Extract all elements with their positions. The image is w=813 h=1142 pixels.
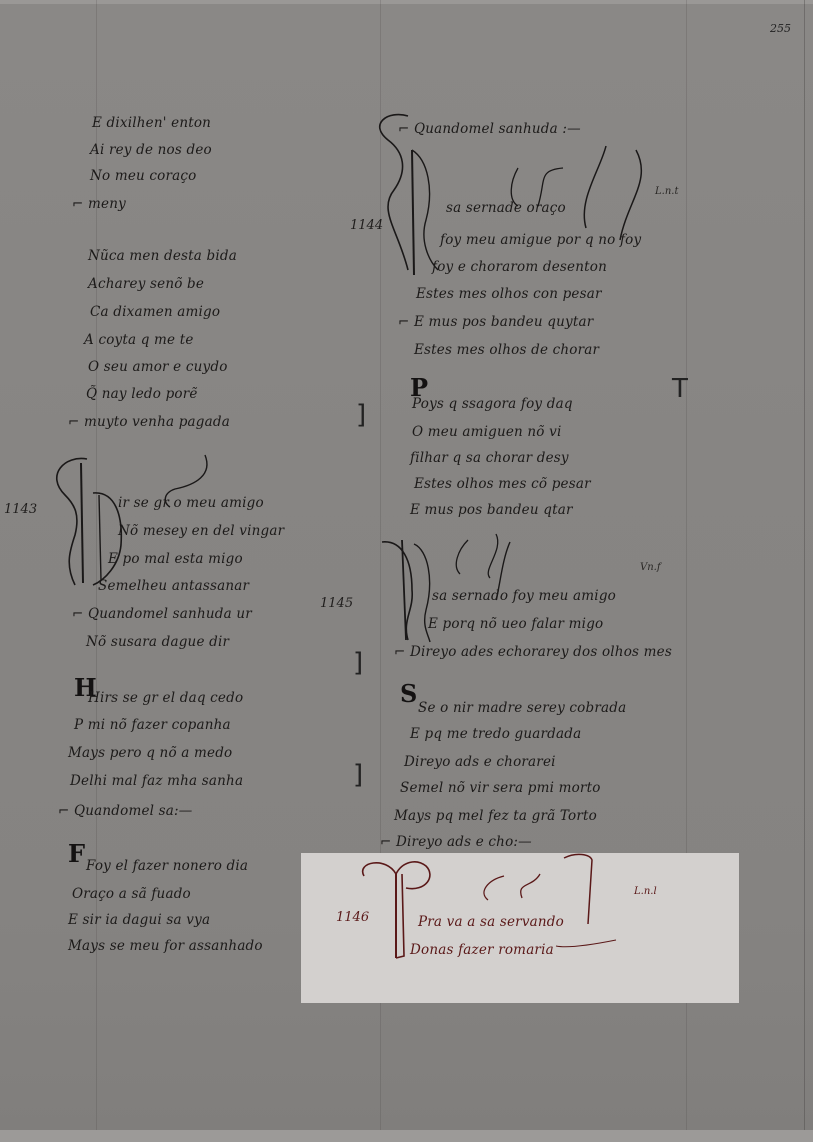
- bracket-mark: ]: [356, 402, 366, 428]
- verse-line: A coyta q me te: [84, 332, 194, 348]
- verse-line: Estes olhos mes cõ pesar: [414, 476, 591, 492]
- verse-line: Pra va a sa servando: [418, 914, 564, 930]
- verse-line: Mays pero q nõ a medo: [68, 745, 232, 761]
- verse-line: No meu coraço: [90, 168, 197, 184]
- verse-line: E porq nõ ueo falar migo: [428, 616, 603, 632]
- verse-line: Mays pq mel fez ta grã Torto: [394, 808, 597, 824]
- verse-line: foy meu amigue por q no foy: [440, 232, 641, 248]
- verse-line: Semelheu antassanar: [98, 578, 249, 594]
- verse-line: E dixilhen' enton: [92, 115, 211, 131]
- poem-number: 1143: [4, 502, 37, 517]
- verse-line: E pq me tredo guardada: [410, 726, 581, 742]
- verse-line: filhar q sa chorar desy: [410, 450, 569, 466]
- margin-note: L.n.t: [655, 186, 678, 197]
- verse-line: ⌐ meny: [72, 196, 126, 212]
- verse-line: ⌐ Direyo ads e cho:—: [380, 834, 532, 850]
- verse-line: Foy el fazer nonero dia: [86, 858, 248, 874]
- verse-line: Se o nir madre serey cobrada: [418, 700, 626, 716]
- verse-line: Semel nõ vir sera pmi morto: [400, 780, 601, 796]
- verse-line: Nũca men desta bida: [88, 248, 237, 264]
- verse-line: Estes mes olhos de chorar: [414, 342, 599, 358]
- verse-line: Acharey senõ be: [88, 276, 204, 292]
- verse-line: sa sernado foy meu amigo: [432, 588, 616, 604]
- verse-line: ⌐ E mus pos bandeu quytar: [398, 314, 593, 330]
- initial-letter: F: [68, 842, 85, 866]
- verse-line: sa sernade oraço: [446, 200, 566, 216]
- verse-line: Estes mes olhos con pesar: [416, 286, 602, 302]
- verse-line: O meu amiguen nõ vi: [412, 424, 561, 440]
- verse-line: Mays se meu for assanhado: [68, 938, 263, 954]
- page-edge: [0, 1130, 813, 1142]
- verse-line: ⌐ Quandomel sanhuda ur: [72, 606, 252, 622]
- folio-number: 255: [770, 22, 791, 35]
- verse-line: ⌐ Direyo ades echorarey dos olhos mes: [394, 644, 672, 660]
- verse-line: E sir ia dagui sa vya: [68, 912, 210, 928]
- verse-line: ⌐ Quandomel sa:—: [58, 803, 193, 819]
- verse-line: E mus pos bandeu qtar: [410, 502, 573, 518]
- margin-note: Vn.f: [640, 562, 661, 573]
- verse-line: P mi nõ fazer copanha: [74, 717, 231, 733]
- bracket-mark: T: [672, 376, 688, 402]
- verse-line: ir se gr o meu amigo: [118, 495, 264, 511]
- verse-line: O seu amor e cuydo: [88, 359, 228, 375]
- verse-line: Nõ susara dague dir: [86, 634, 229, 650]
- page-edge: [0, 0, 813, 4]
- verse-line: Ca dixamen amigo: [90, 304, 220, 320]
- verse-line: HHirs se gr el daq cedo: [92, 690, 243, 706]
- bracket-mark: ]: [353, 650, 363, 676]
- verse-line: Oraço a sã fuado: [72, 886, 191, 902]
- verse-line: E po mal esta migo: [108, 551, 243, 567]
- verse-line: foy e chorarom desenton: [432, 259, 607, 275]
- bracket-mark: ]: [353, 762, 363, 788]
- verse-line: Donas fazer romaria: [410, 942, 554, 958]
- margin-note: L.n.l: [634, 886, 657, 897]
- verse-line: Q̃ nay ledo porẽ: [86, 386, 198, 402]
- verse-line: Ai rey de nos deo: [90, 142, 212, 158]
- verse-line: Direyo ads e chorarei: [404, 754, 556, 770]
- verse-line: ⌐ muyto venha pagada: [68, 414, 230, 430]
- poem-number: 1145: [320, 596, 353, 611]
- verse-line: Poys q ssagora foy daq: [412, 396, 573, 412]
- verse-line: Nõ mesey en del vingar: [118, 523, 284, 539]
- manuscript-page: 255 E dixilhen' enton Ai rey de nos deo …: [0, 0, 813, 1142]
- initial-letter: S: [400, 682, 417, 706]
- page-edge-rule: [804, 0, 805, 1140]
- verse-line: Delhi mal faz mha sanha: [70, 773, 243, 789]
